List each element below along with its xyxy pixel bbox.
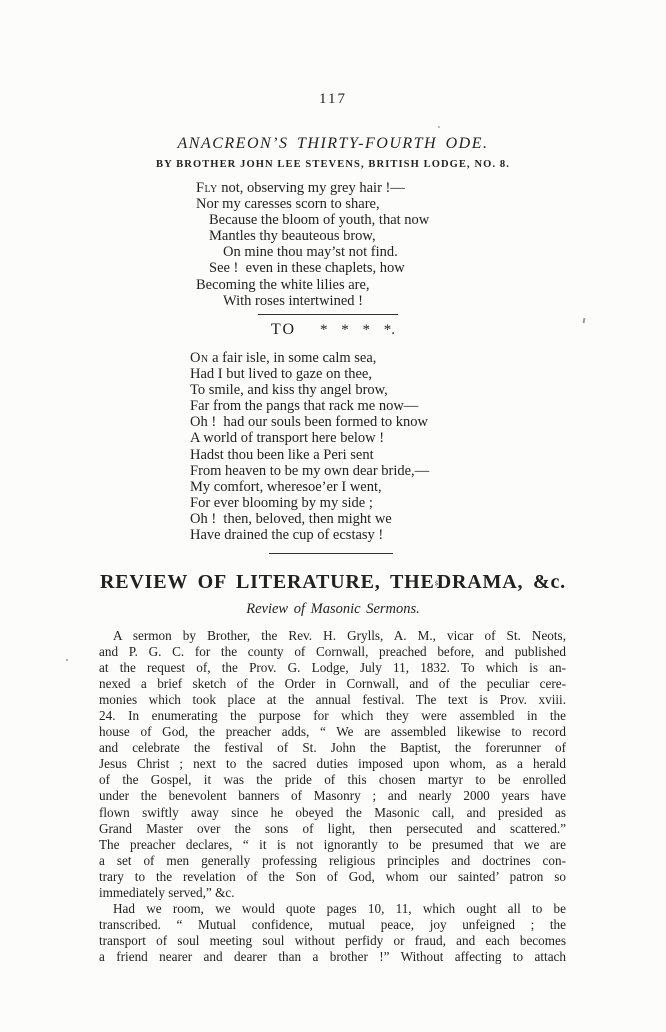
book-page: 117 ANACREON’S THIRTY-FOURTH ODE. BY BRO…	[0, 0, 666, 1032]
body-line: a set of men generally professing religi…	[99, 853, 566, 869]
divider-rule	[269, 553, 393, 554]
body-line: house of God, the preacher adds, “ We ar…	[99, 724, 566, 740]
body-line: flown swiftly away since he obeyed the M…	[99, 805, 566, 821]
scan-speck	[66, 659, 68, 661]
body-line: Had we room, we would quote pages 10, 11…	[99, 901, 566, 917]
body-line: The preacher declares, “ it is not ignor…	[99, 837, 566, 853]
poem-line: See ! even in these chaplets, how	[209, 260, 429, 276]
review-heading-part2: DRAMA, &c.	[437, 571, 566, 593]
body-line: a friend nearer and dearer than a brothe…	[99, 949, 566, 965]
body-line: under the benevolent banners of Masonry …	[99, 788, 566, 804]
small-caps-lead: On	[190, 350, 209, 366]
poem-line: Oh ! then, beloved, then might we	[190, 511, 429, 527]
poem-line: Have drained the cup of ecstasy !	[190, 527, 429, 543]
poem-line: For ever blooming by my side ;	[190, 495, 429, 511]
poem-line: Fly not, observing my grey hair !—	[196, 180, 429, 196]
body-line: nexed a brief sketch of the Order in Cor…	[99, 676, 566, 692]
body-line: trary to the revelation of the Son of Go…	[99, 869, 566, 885]
poem-line: From heaven to be my own dear bride,—	[190, 463, 429, 479]
poem-line: On a fair isle, in some calm sea,	[190, 350, 429, 366]
body-line: A sermon by Brother, the Rev. H. Grylls,…	[99, 628, 566, 644]
poem-line: A world of transport here below !	[190, 430, 429, 446]
body-line: and P. G. C. for the county of Cornwall,…	[99, 644, 566, 660]
review-section-heading: REVIEW OF LITERATURE, THEṩDRAMA, &c.	[0, 571, 666, 594]
body-line: and celebrate the festival of St. John t…	[99, 740, 566, 756]
poem-line: Becoming the white lilies are,	[196, 277, 429, 293]
body-line: monies which took place at the annual fe…	[99, 692, 566, 708]
poem-line: To smile, and kiss thy angel brow,	[190, 382, 429, 398]
body-line: of the Gospel, it was the pride of this …	[99, 772, 566, 788]
poem-line: Mantles thy beauteous brow,	[209, 228, 429, 244]
poem-line: My comfort, wheresoe’er I went,	[190, 479, 429, 495]
poem-line: Oh ! had our souls been formed to know	[190, 414, 429, 430]
poem-line: Far from the pangs that rack me now—	[190, 398, 429, 414]
ode-poem: Fly not, observing my grey hair !—Nor my…	[196, 180, 429, 309]
to-poem-title-stars: * * * *.	[320, 322, 395, 338]
review-subheading: Review of Masonic Sermons.	[0, 601, 666, 618]
review-heading-part1: REVIEW OF LITERATURE, THE	[100, 571, 435, 593]
scan-speck	[438, 126, 440, 128]
divider-rule	[258, 314, 398, 315]
body-line: at the request of, the Prov. G. Lodge, J…	[99, 660, 566, 676]
ode-title: ANACREON’S THIRTY-FOURTH ODE.	[0, 135, 666, 153]
body-line: 24. In enumerating the purpose for which…	[99, 708, 566, 724]
ode-byline: BY BROTHER JOHN LEE STEVENS, BRITISH LOD…	[0, 159, 666, 170]
poem-line: With roses intertwined !	[223, 293, 429, 309]
poem-line: Because the bloom of youth, that now	[209, 212, 429, 228]
poem-line: Nor my caresses scorn to share,	[196, 196, 429, 212]
body-line: Grand Master over the sons of light, the…	[99, 821, 566, 837]
poem-line: Had I but lived to gaze on thee,	[190, 366, 429, 382]
body-line: immediately served,” &c.	[99, 885, 566, 901]
poem-line: On mine thou may’st not find.	[223, 244, 429, 260]
to-poem-title-word: TO	[271, 321, 296, 338]
body-line: transcribed. “ Mutual confidence, mutual…	[99, 917, 566, 933]
small-caps-lead: Fly	[196, 180, 218, 196]
review-body: A sermon by Brother, the Rev. H. Grylls,…	[99, 628, 566, 965]
poem-line: Hadst thou been like a Peri sent	[190, 447, 429, 463]
to-poem-title: TO* * * *.	[0, 321, 666, 339]
page-number: 117	[0, 91, 666, 108]
to-poem: On a fair isle, in some calm sea,Had I b…	[190, 350, 429, 543]
body-line: transport of soul meeting soul without p…	[99, 933, 566, 949]
body-line: Jesus Christ ; next to the sacred duties…	[99, 756, 566, 772]
